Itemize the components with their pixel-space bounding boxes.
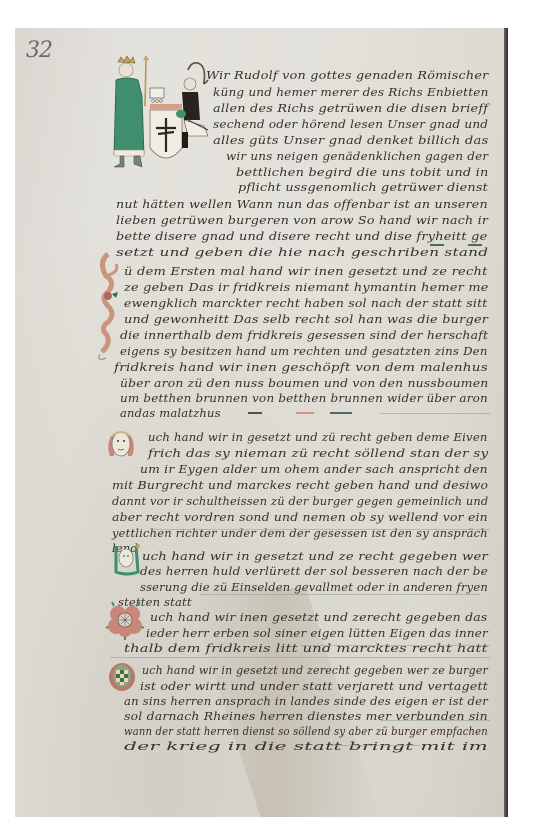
text-line: der krieg in die statt bringt mit im [124,741,488,753]
text-line: um ir Eygen alder um ohem ander sach ans… [140,464,488,476]
face-initial-icon [106,428,136,460]
text-line: pflicht ussgenomlich getrüwer dienst [238,182,488,194]
text-line: ist oder wirtt und under statt verjarett… [140,681,488,693]
text-line: aber recht vordren sond und nemen ob sy … [112,512,488,524]
text-line: die innerthalb dem fridkreis gesessen si… [120,330,488,342]
text-line: mit Burgrecht und marckes recht geben ha… [112,480,488,492]
text-line: fridkreis hand wir inen geschöpft von de… [114,362,488,374]
text-line: dannt vor ir schultheissen zü der burger… [112,496,488,508]
text-line: um betthen brunnen von betthen brunnen w… [120,393,488,405]
text-line: uch hand wir inen gesetzt und zerecht ge… [150,612,488,624]
line-filler [430,244,444,246]
text-line: sserung die zü Einselden gevallmet oder … [140,582,488,594]
line-filler [330,412,352,414]
text-line: uch hand wir in gesetzt und ze recht geg… [142,551,488,563]
text-line: allen des Richs getrüwen die disen brief… [213,103,488,115]
ruling-line [330,745,420,746]
checkered-initial-icon [108,662,136,692]
text-line: und gewonheitt Das selb recht sol han wa… [124,314,488,326]
ruling-line [380,720,490,721]
green-face-initial-icon [114,542,140,576]
text-line: ü dem Ersten mal hand wir inen gesetzt u… [124,266,488,278]
text-line: ze geben Das ir fridkreis niemant hymant… [124,282,489,294]
text-line: eigens sy besitzen hand um rechten und g… [120,346,488,358]
line-filler [248,412,262,414]
text-line: frich das sy nieman zü recht söllend sta… [148,448,488,460]
text-line: ewengklich marckter recht haben sol nach… [124,298,487,310]
line-filler [468,244,482,246]
ruling-line [150,529,490,530]
text-line: bettlichen begird die uns tobit und in [236,167,489,179]
ruling-line [380,413,490,414]
ruling-line [300,645,490,646]
text-line: über aron zü den nuss boumen und von den… [120,378,488,390]
text-line: andas malatzhus [120,408,221,420]
ruling-line [110,657,490,658]
line-filler [296,412,314,414]
text-line: Wir Rudolf von gottes genaden Römischer [206,70,488,82]
text-line: uch hand wir in gesetzt und zerecht gege… [142,665,488,677]
rose-initial-icon [106,600,144,640]
text-line: ieder herr erben sol siner eigen lütten … [146,628,488,640]
folio-number: 32 [26,38,52,63]
text-line: des herren huld verlürett der sol besser… [140,566,488,578]
text-line: bette disere gnad und disere recht und d… [116,231,487,243]
text-line: alles güts Unser gnad denket billich das [213,135,488,147]
ruling-line [200,594,480,595]
text-line: wann der statt herren dienst so söllend … [124,726,488,738]
text-line: nut hätten wellen Wann nun das offenbar … [116,199,488,211]
text-line: küng und hemer merer des Richs Enbietten [213,87,489,99]
text-line: lieben getrüwen burgeren von arow So han… [116,215,488,227]
text-line: an sins herren ansprach in landes sinde … [124,696,488,708]
text-line: wir uns neigen genädenklichen gagen der [226,151,488,163]
text-line: setzt und geben die hie nach geschriben … [116,247,488,259]
text-line: sechend oder hörend lesen Unser gnad und [213,119,488,131]
text-line: uch hand wir in gesetzt und zü recht geb… [148,432,488,444]
page-edge [504,28,508,817]
